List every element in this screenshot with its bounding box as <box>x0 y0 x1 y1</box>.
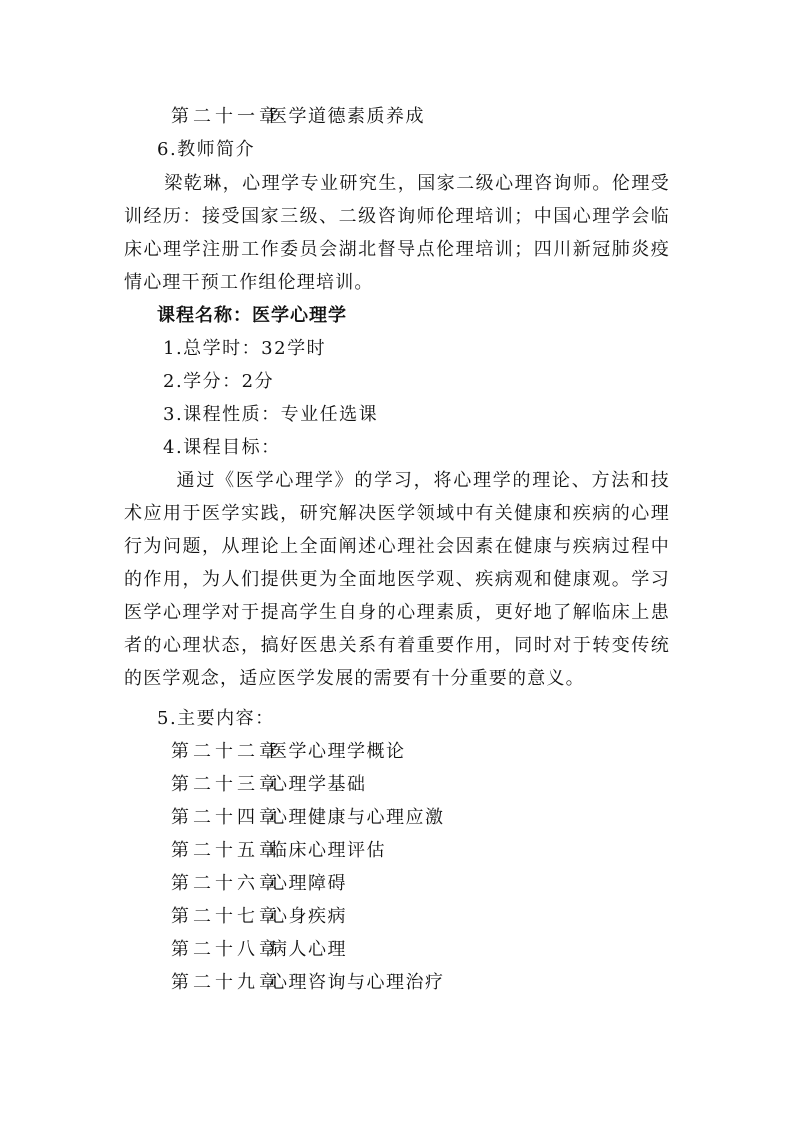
chapter-line: 第二十一章医学道德素质养成 <box>171 106 425 128</box>
chapter-number: 第二十五章 <box>171 840 269 862</box>
chapter-number: 第二十六章 <box>171 873 269 895</box>
chapter-line: 第二十三章心理学基础 <box>171 774 367 796</box>
course-objective-text: 通过《医学心理学》的学习，将心理学的理论、方法和技术应用于医学实践，研究解决医学… <box>124 470 670 689</box>
course-item-hours: 1.总学时：32学时 <box>163 338 326 360</box>
chapter-number: 第二十三章 <box>171 774 269 796</box>
content-heading: 5.主要内容： <box>157 708 275 730</box>
chapter-line: 第二十四章心理健康与心理应激 <box>171 807 445 829</box>
chapter-number: 第二十九章 <box>171 972 269 994</box>
teacher-bio-text: 梁乾琳，心理学专业研究生，国家二级心理咨询师。伦理受训经历：接受国家三级、二级咨… <box>124 173 670 293</box>
chapter-line: 第二十七章心身疾病 <box>171 906 347 928</box>
chapter-number: 第二十四章 <box>171 807 269 829</box>
chapter-number: 第二十二章 <box>171 741 269 763</box>
chapter-title: 医学心理学概论 <box>269 741 406 762</box>
chapter-number: 第二十七章 <box>171 906 269 928</box>
chapter-number: 第二十八章 <box>171 939 269 961</box>
course-item-credits: 2.学分：2分 <box>163 371 274 393</box>
chapter-line: 第二十五章临床心理评估 <box>171 840 386 862</box>
chapter-line: 第二十六章心理障碍 <box>171 873 347 895</box>
chapter-title: 临床心理评估 <box>269 840 386 861</box>
teacher-section-heading: 6.教师简介 <box>157 139 255 161</box>
course-item-type: 3.课程性质：专业任选课 <box>163 404 378 426</box>
course-item-objective-heading: 4.课程目标： <box>163 437 281 459</box>
course-objective: 通过《医学心理学》的学习，将心理学的理论、方法和技术应用于医学实践，研究解决医学… <box>124 464 670 695</box>
chapter-line: 第二十九章心理咨询与心理治疗 <box>171 972 445 994</box>
chapter-title: 心理咨询与心理治疗 <box>269 972 445 993</box>
chapter-line: 第二十二章医学心理学概论 <box>171 741 406 763</box>
teacher-bio: 梁乾琳，心理学专业研究生，国家二级心理咨询师。伦理受训经历：接受国家三级、二级咨… <box>124 167 670 299</box>
chapter-number: 第二十一章 <box>171 106 269 128</box>
chapter-title: 心理障碍 <box>269 873 347 894</box>
course-title: 课程名称：医学心理学 <box>157 305 347 327</box>
chapter-title: 心理健康与心理应激 <box>269 807 445 828</box>
chapter-title: 心身疾病 <box>269 906 347 927</box>
document-page: 第二十一章医学道德素质养成 6.教师简介 梁乾琳，心理学专业研究生，国家二级心理… <box>0 0 793 1122</box>
chapter-title: 医学道德素质养成 <box>269 106 425 127</box>
chapter-title: 病人心理 <box>269 939 347 960</box>
chapter-line: 第二十八章病人心理 <box>171 939 347 961</box>
chapter-title: 心理学基础 <box>269 774 367 795</box>
